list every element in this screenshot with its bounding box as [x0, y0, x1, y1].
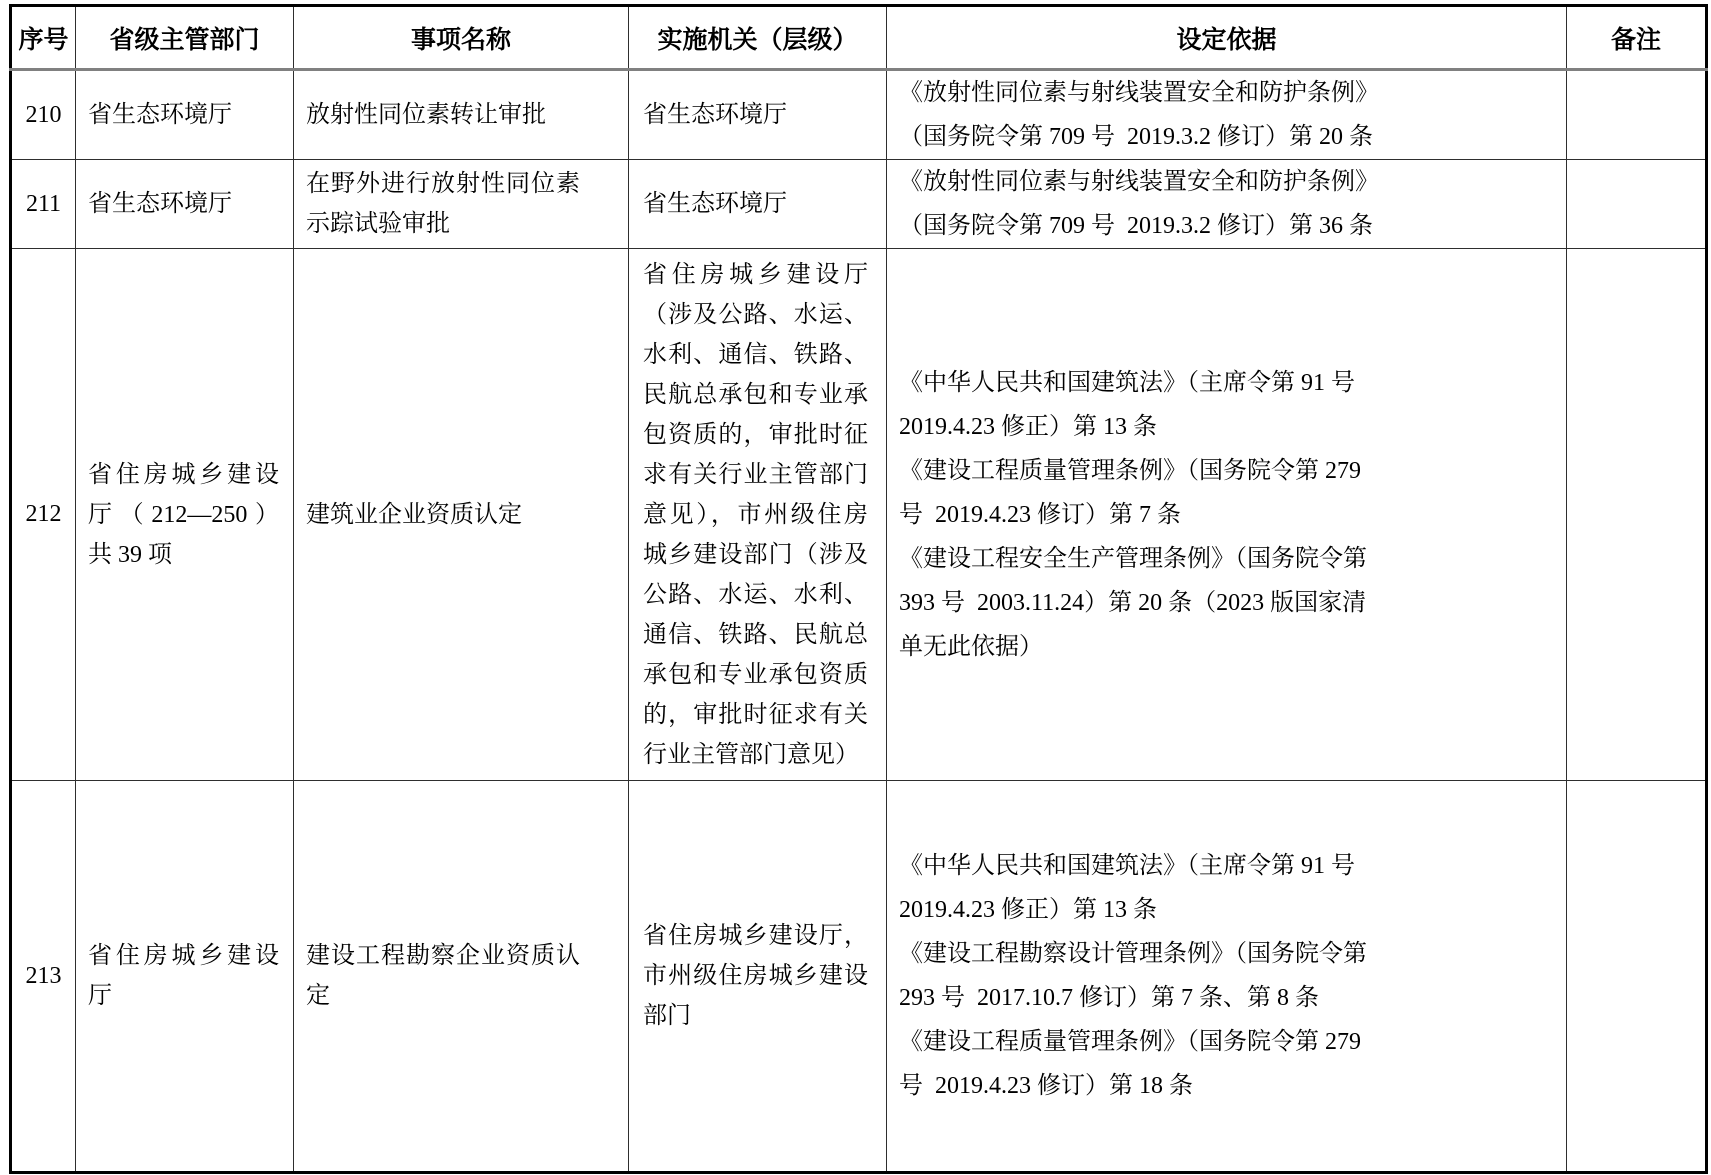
cell-agency: 省住房城乡建设厅，市州级住房城乡建设部门 — [629, 781, 887, 1173]
cell-item: 在野外进行放射性同位素示踪试验审批 — [294, 160, 629, 249]
cell-dept: 省生态环境厅 — [76, 70, 294, 160]
cell-dept: 省住房城乡建设厅 — [76, 781, 294, 1173]
cell-remark — [1567, 781, 1707, 1173]
table-row: 211 省生态环境厅 在野外进行放射性同位素示踪试验审批 省生态环境厅 《放射性… — [11, 160, 1707, 249]
cell-basis: 《中华人民共和国建筑法》（主席令第 91 号 2019.4.23 修正）第 13… — [887, 781, 1567, 1173]
column-header-item: 事项名称 — [294, 6, 629, 70]
cell-seq: 210 — [11, 70, 76, 160]
cell-item: 建筑业企业资质认定 — [294, 249, 629, 781]
cell-seq: 212 — [11, 249, 76, 781]
cell-item: 放射性同位素转让审批 — [294, 70, 629, 160]
cell-basis: 《放射性同位素与射线装置安全和防护条例》 （国务院令第 709 号 2019.3… — [887, 70, 1567, 160]
column-header-seq: 序号 — [11, 6, 76, 70]
cell-basis: 《放射性同位素与射线装置安全和防护条例》 （国务院令第 709 号 2019.3… — [887, 160, 1567, 249]
header-row: 序号 省级主管部门 事项名称 实施机关（层级） 设定依据 备注 — [11, 6, 1707, 70]
column-header-dept: 省级主管部门 — [76, 6, 294, 70]
cell-seq: 211 — [11, 160, 76, 249]
cell-seq: 213 — [11, 781, 76, 1173]
table-row: 212 省住房城乡建设厅（212—250）共 39 项 建筑业企业资质认定 省住… — [11, 249, 1707, 781]
column-header-agency: 实施机关（层级） — [629, 6, 887, 70]
column-header-remark: 备注 — [1567, 6, 1707, 70]
column-header-basis: 设定依据 — [887, 6, 1567, 70]
cell-item: 建设工程勘察企业资质认定 — [294, 781, 629, 1173]
cell-dept: 省住房城乡建设厅（212—250）共 39 项 — [76, 249, 294, 781]
cell-remark — [1567, 160, 1707, 249]
cell-agency: 省生态环境厅 — [629, 160, 887, 249]
administrative-approval-table: 序号 省级主管部门 事项名称 实施机关（层级） 设定依据 备注 210 省生态环… — [9, 4, 1708, 1174]
cell-agency: 省生态环境厅 — [629, 70, 887, 160]
cell-dept: 省生态环境厅 — [76, 160, 294, 249]
cell-remark — [1567, 70, 1707, 160]
cell-agency: 省住房城乡建设厅（涉及公路、水运、水利、通信、铁路、民航总承包和专业承包资质的，… — [629, 249, 887, 781]
cell-remark — [1567, 249, 1707, 781]
cell-basis: 《中华人民共和国建筑法》（主席令第 91 号 2019.4.23 修正）第 13… — [887, 249, 1567, 781]
table-row: 213 省住房城乡建设厅 建设工程勘察企业资质认定 省住房城乡建设厅，市州级住房… — [11, 781, 1707, 1173]
table-row: 210 省生态环境厅 放射性同位素转让审批 省生态环境厅 《放射性同位素与射线装… — [11, 70, 1707, 160]
